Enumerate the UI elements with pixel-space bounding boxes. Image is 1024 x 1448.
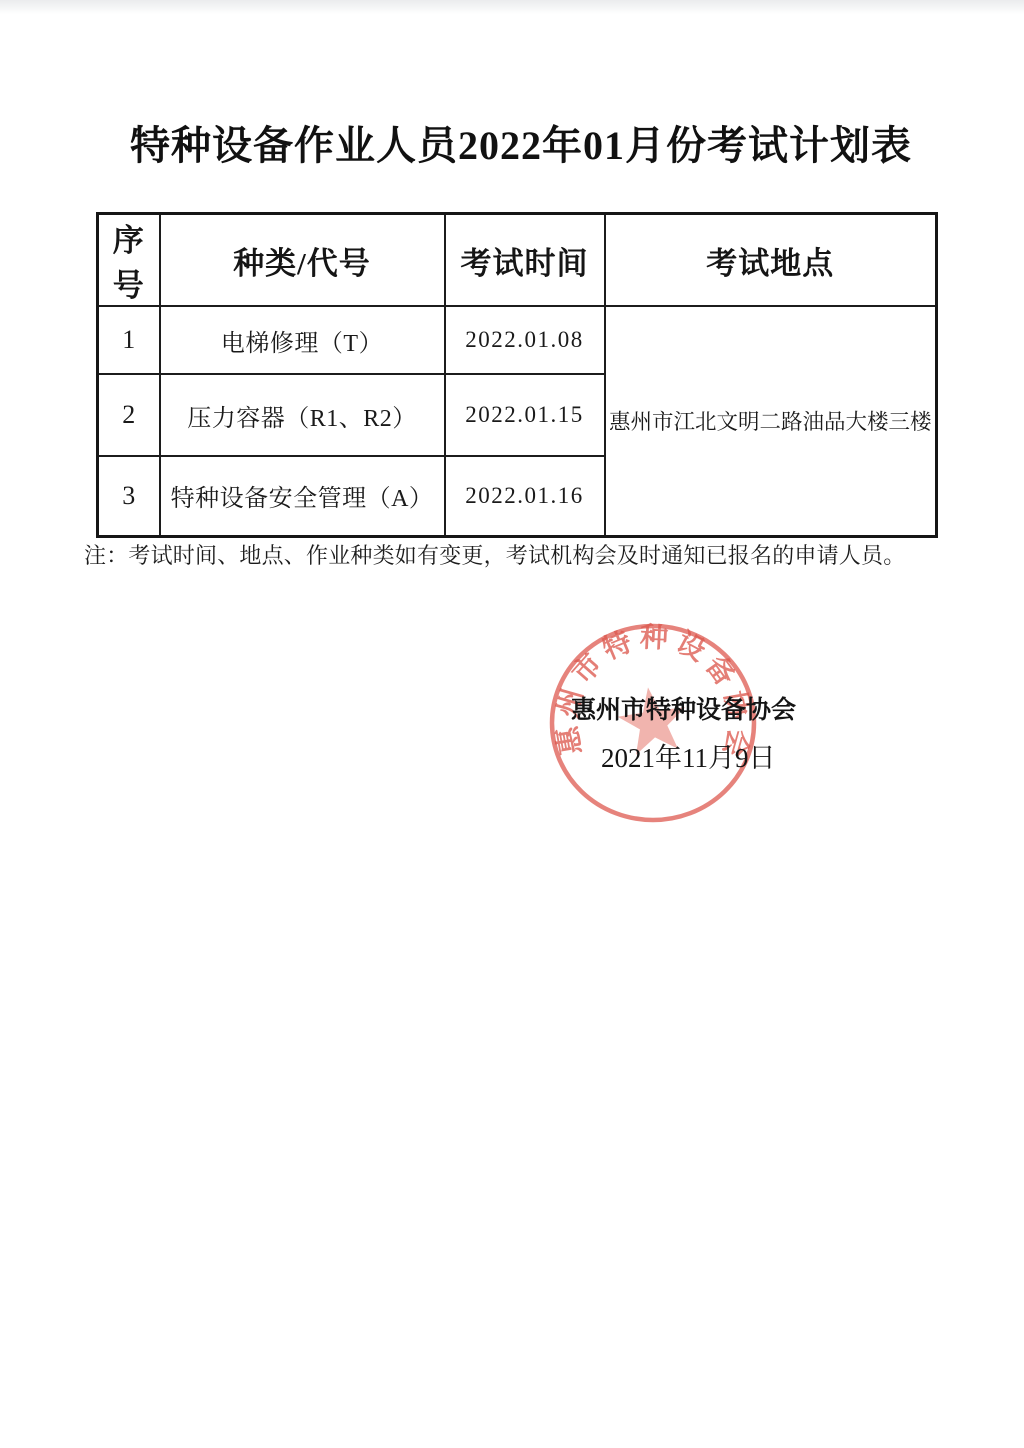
row-type: 压力容器（R1、R2） [160,374,445,456]
row-index: 3 [98,456,160,536]
header-time: 考试时间 [445,214,605,307]
table-header-row: 序号 种类/代号 考试时间 考试地点 [98,214,937,307]
row-index: 2 [98,374,160,456]
header-index: 序号 [98,214,160,307]
header-type: 种类/代号 [160,214,445,307]
location-cell: 惠州市江北文明二路油品大楼三楼 [605,306,937,536]
organization-name: 惠州市特种设备协会 [571,690,796,726]
table-row: 1 电梯修理（T） 2022.01.08 惠州市江北文明二路油品大楼三楼 [98,306,937,374]
row-type: 电梯修理（T） [160,306,445,374]
row-type: 特种设备安全管理（A） [160,456,445,536]
header-location: 考试地点 [605,214,937,307]
row-time: 2022.01.08 [445,306,605,374]
row-index: 1 [98,306,160,374]
exam-schedule-table: 序号 种类/代号 考试时间 考试地点 1 电梯修理（T） 2022.01.08 … [96,212,938,538]
footnote-text: 注：考试时间、地点、作业种类如有变更，考试机构会及时通知已报名的申请人员。 [84,539,964,570]
signature-date: 2021年11月9日 [601,736,776,775]
row-time: 2022.01.16 [445,456,605,536]
scan-artifact-top [0,0,1024,14]
scanned-document-page: 特种设备作业人员2022年01月份考试计划表 序号 种类/代号 考试时间 考试地… [0,0,1024,1448]
page-title: 特种设备作业人员2022年01月份考试计划表 [9,114,1024,171]
row-time: 2022.01.15 [445,374,605,456]
